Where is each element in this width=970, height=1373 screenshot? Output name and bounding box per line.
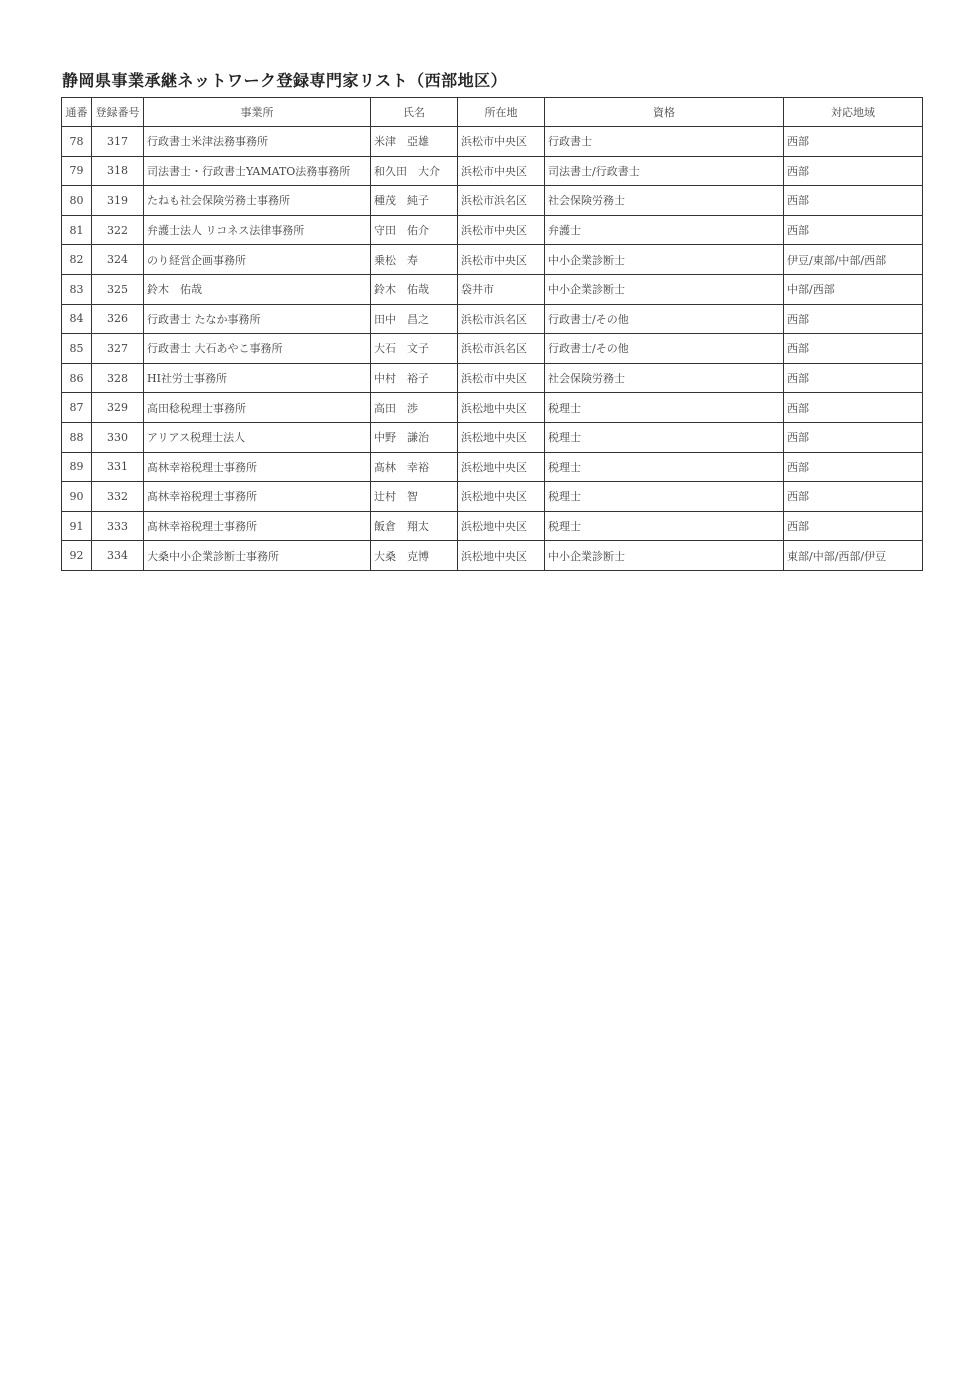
cell-office: 行政書士 大石あやこ事務所 bbox=[144, 334, 371, 364]
cell-serial: 79 bbox=[62, 156, 92, 186]
table-row: 87329高田稔税理士事務所高田 渉浜松地中央区税理士西部 bbox=[62, 393, 923, 423]
page-title: 静岡県事業承継ネットワーク登録専門家リスト（西部地区） bbox=[62, 68, 507, 91]
cell-office: 行政書士米津法務事務所 bbox=[144, 127, 371, 157]
cell-registration-number: 328 bbox=[92, 363, 144, 393]
header-registration-number: 登録番号 bbox=[92, 98, 144, 127]
header-location: 所在地 bbox=[458, 98, 545, 127]
table-row: 90332髙林幸裕税理士事務所辻村 智浜松地中央区税理士西部 bbox=[62, 482, 923, 512]
cell-serial: 78 bbox=[62, 127, 92, 157]
table-row: 92334大桑中小企業診断士事務所大桑 克博浜松地中央区中小企業診断士東部/中部… bbox=[62, 541, 923, 571]
cell-location: 浜松市中央区 bbox=[458, 363, 545, 393]
table-row: 86328HI社労士事務所中村 裕子浜松市中央区社会保険労務士西部 bbox=[62, 363, 923, 393]
cell-qualification: 税理士 bbox=[545, 422, 784, 452]
cell-serial: 89 bbox=[62, 452, 92, 482]
table-row: 79318司法書士・行政書士YAMATO法務事務所和久田 大介浜松市中央区司法書… bbox=[62, 156, 923, 186]
cell-serial: 84 bbox=[62, 304, 92, 334]
cell-qualification: 社会保険労務士 bbox=[545, 363, 784, 393]
cell-registration-number: 332 bbox=[92, 482, 144, 512]
cell-name: 高田 渉 bbox=[371, 393, 458, 423]
cell-serial: 88 bbox=[62, 422, 92, 452]
cell-office: たねも社会保険労務士事務所 bbox=[144, 186, 371, 216]
cell-office: HI社労士事務所 bbox=[144, 363, 371, 393]
cell-name: 飯倉 翔太 bbox=[371, 511, 458, 541]
cell-registration-number: 325 bbox=[92, 274, 144, 304]
cell-region: 西部 bbox=[784, 156, 923, 186]
table-row: 84326行政書士 たなか事務所田中 昌之浜松市浜名区行政書士/その他西部 bbox=[62, 304, 923, 334]
cell-name: 鈴木 佑哉 bbox=[371, 274, 458, 304]
header-serial: 通番 bbox=[62, 98, 92, 127]
cell-region: 西部 bbox=[784, 363, 923, 393]
table-row: 91333髙林幸裕税理士事務所飯倉 翔太浜松地中央区税理士西部 bbox=[62, 511, 923, 541]
header-office: 事業所 bbox=[144, 98, 371, 127]
cell-name: 守田 佑介 bbox=[371, 215, 458, 245]
cell-qualification: 行政書士 bbox=[545, 127, 784, 157]
cell-location: 浜松市中央区 bbox=[458, 215, 545, 245]
cell-location: 浜松市浜名区 bbox=[458, 334, 545, 364]
table-row: 83325鈴木 佑哉鈴木 佑哉袋井市中小企業診断士中部/西部 bbox=[62, 274, 923, 304]
cell-registration-number: 330 bbox=[92, 422, 144, 452]
cell-office: 高田稔税理士事務所 bbox=[144, 393, 371, 423]
table-row: 88330アリアス税理士法人中野 謙治浜松地中央区税理士西部 bbox=[62, 422, 923, 452]
table-row: 78317行政書士米津法務事務所米津 亞雄浜松市中央区行政書士西部 bbox=[62, 127, 923, 157]
cell-region: 西部 bbox=[784, 334, 923, 364]
cell-serial: 85 bbox=[62, 334, 92, 364]
cell-region: 西部 bbox=[784, 304, 923, 334]
cell-name: 中野 謙治 bbox=[371, 422, 458, 452]
cell-registration-number: 318 bbox=[92, 156, 144, 186]
cell-region: 東部/中部/西部/伊豆 bbox=[784, 541, 923, 571]
cell-location: 浜松市中央区 bbox=[458, 245, 545, 275]
cell-name: 辻村 智 bbox=[371, 482, 458, 512]
cell-office: 司法書士・行政書士YAMATO法務事務所 bbox=[144, 156, 371, 186]
expert-list-table: 通番 登録番号 事業所 氏名 所在地 資格 対応地域 78317行政書士米津法務… bbox=[61, 97, 923, 571]
table-row: 82324のり経営企画事務所乗松 寿浜松市中央区中小企業診断士伊豆/東部/中部/… bbox=[62, 245, 923, 275]
cell-name: 髙林 幸裕 bbox=[371, 452, 458, 482]
cell-name: 大石 文子 bbox=[371, 334, 458, 364]
cell-name: 田中 昌之 bbox=[371, 304, 458, 334]
cell-name: 種茂 純子 bbox=[371, 186, 458, 216]
cell-name: 中村 裕子 bbox=[371, 363, 458, 393]
cell-location: 浜松地中央区 bbox=[458, 541, 545, 571]
cell-serial: 83 bbox=[62, 274, 92, 304]
table-row: 80319たねも社会保険労務士事務所種茂 純子浜松市浜名区社会保険労務士西部 bbox=[62, 186, 923, 216]
cell-qualification: 弁護士 bbox=[545, 215, 784, 245]
cell-location: 浜松市浜名区 bbox=[458, 186, 545, 216]
cell-name: 大桑 克博 bbox=[371, 541, 458, 571]
cell-serial: 92 bbox=[62, 541, 92, 571]
cell-name: 乗松 寿 bbox=[371, 245, 458, 275]
cell-serial: 86 bbox=[62, 363, 92, 393]
cell-serial: 87 bbox=[62, 393, 92, 423]
cell-registration-number: 334 bbox=[92, 541, 144, 571]
cell-office: 髙林幸裕税理士事務所 bbox=[144, 482, 371, 512]
cell-region: 西部 bbox=[784, 482, 923, 512]
cell-office: のり経営企画事務所 bbox=[144, 245, 371, 275]
table-row: 89331髙林幸裕税理士事務所髙林 幸裕浜松地中央区税理士西部 bbox=[62, 452, 923, 482]
cell-registration-number: 329 bbox=[92, 393, 144, 423]
cell-registration-number: 327 bbox=[92, 334, 144, 364]
cell-region: 西部 bbox=[784, 452, 923, 482]
cell-serial: 91 bbox=[62, 511, 92, 541]
cell-location: 浜松地中央区 bbox=[458, 422, 545, 452]
cell-location: 浜松地中央区 bbox=[458, 393, 545, 423]
cell-office: 大桑中小企業診断士事務所 bbox=[144, 541, 371, 571]
cell-location: 浜松市中央区 bbox=[458, 156, 545, 186]
cell-registration-number: 326 bbox=[92, 304, 144, 334]
cell-office: 髙林幸裕税理士事務所 bbox=[144, 452, 371, 482]
cell-registration-number: 331 bbox=[92, 452, 144, 482]
cell-registration-number: 317 bbox=[92, 127, 144, 157]
cell-region: 西部 bbox=[784, 186, 923, 216]
cell-qualification: 税理士 bbox=[545, 482, 784, 512]
cell-qualification: 中小企業診断士 bbox=[545, 541, 784, 571]
table-row: 81322弁護士法人 リコネス法律事務所守田 佑介浜松市中央区弁護士西部 bbox=[62, 215, 923, 245]
cell-office: アリアス税理士法人 bbox=[144, 422, 371, 452]
cell-qualification: 社会保険労務士 bbox=[545, 186, 784, 216]
cell-region: 西部 bbox=[784, 422, 923, 452]
cell-office: 行政書士 たなか事務所 bbox=[144, 304, 371, 334]
table-row: 85327行政書士 大石あやこ事務所大石 文子浜松市浜名区行政書士/その他西部 bbox=[62, 334, 923, 364]
cell-region: 西部 bbox=[784, 393, 923, 423]
cell-qualification: 行政書士/その他 bbox=[545, 304, 784, 334]
cell-serial: 90 bbox=[62, 482, 92, 512]
cell-location: 浜松地中央区 bbox=[458, 482, 545, 512]
cell-serial: 82 bbox=[62, 245, 92, 275]
cell-registration-number: 322 bbox=[92, 215, 144, 245]
cell-region: 西部 bbox=[784, 511, 923, 541]
cell-qualification: 税理士 bbox=[545, 511, 784, 541]
cell-region: 中部/西部 bbox=[784, 274, 923, 304]
cell-registration-number: 324 bbox=[92, 245, 144, 275]
cell-name: 和久田 大介 bbox=[371, 156, 458, 186]
cell-qualification: 行政書士/その他 bbox=[545, 334, 784, 364]
cell-name: 米津 亞雄 bbox=[371, 127, 458, 157]
header-region: 対応地域 bbox=[784, 98, 923, 127]
cell-registration-number: 319 bbox=[92, 186, 144, 216]
cell-location: 浜松地中央区 bbox=[458, 511, 545, 541]
cell-registration-number: 333 bbox=[92, 511, 144, 541]
table-header-row: 通番 登録番号 事業所 氏名 所在地 資格 対応地域 bbox=[62, 98, 923, 127]
cell-location: 浜松市中央区 bbox=[458, 127, 545, 157]
cell-location: 袋井市 bbox=[458, 274, 545, 304]
cell-qualification: 税理士 bbox=[545, 393, 784, 423]
cell-office: 髙林幸裕税理士事務所 bbox=[144, 511, 371, 541]
cell-qualification: 中小企業診断士 bbox=[545, 245, 784, 275]
cell-qualification: 中小企業診断士 bbox=[545, 274, 784, 304]
cell-office: 弁護士法人 リコネス法律事務所 bbox=[144, 215, 371, 245]
cell-serial: 80 bbox=[62, 186, 92, 216]
header-qualification: 資格 bbox=[545, 98, 784, 127]
cell-serial: 81 bbox=[62, 215, 92, 245]
cell-qualification: 税理士 bbox=[545, 452, 784, 482]
cell-location: 浜松地中央区 bbox=[458, 452, 545, 482]
cell-region: 西部 bbox=[784, 127, 923, 157]
cell-region: 西部 bbox=[784, 215, 923, 245]
cell-office: 鈴木 佑哉 bbox=[144, 274, 371, 304]
cell-region: 伊豆/東部/中部/西部 bbox=[784, 245, 923, 275]
header-name: 氏名 bbox=[371, 98, 458, 127]
cell-qualification: 司法書士/行政書士 bbox=[545, 156, 784, 186]
cell-location: 浜松市浜名区 bbox=[458, 304, 545, 334]
